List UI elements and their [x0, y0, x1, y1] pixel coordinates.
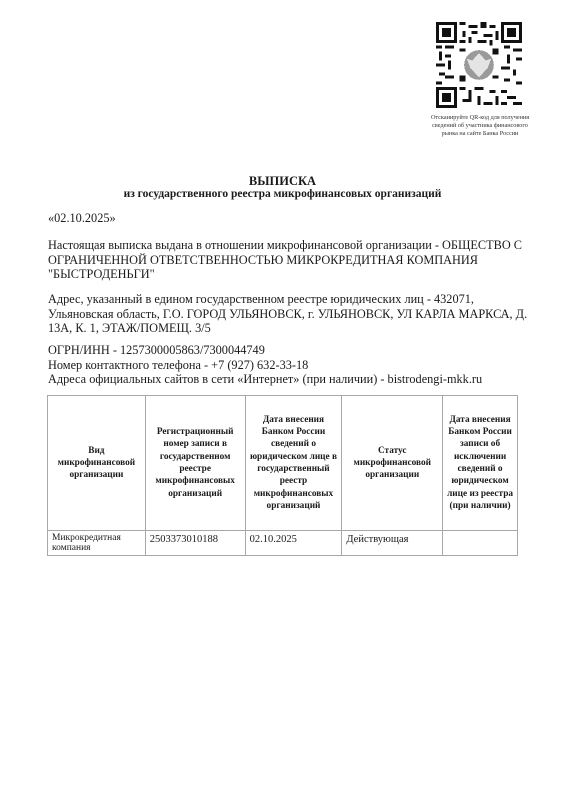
qr-code [436, 22, 522, 108]
cell-org-type: Микрокредитная компания [48, 531, 146, 556]
document-title: ВЫПИСКА [0, 174, 565, 189]
cell-inclusion-date: 02.10.2025 [245, 531, 342, 556]
cell-status: Действующая [342, 531, 443, 556]
issue-date: «02.10.2025» [48, 211, 528, 226]
header-exclusion-date: Дата внесения Банком России записи об ис… [443, 396, 518, 531]
address-paragraph: Адрес, указанный в едином государственно… [48, 292, 528, 336]
registry-table: Вид микрофинансовой организации Регистра… [47, 395, 518, 556]
contact-phone: Номер контактного телефона - +7 (927) 63… [48, 358, 528, 373]
official-websites: Адреса официальных сайтов в сети «Интерн… [48, 372, 528, 387]
cell-exclusion-date [443, 531, 518, 556]
qr-caption: Отсканируйте QR-код для получения сведен… [424, 114, 536, 138]
ogrn-inn: ОГРН/ИНН - 1257300005863/7300044749 [48, 343, 528, 358]
document-subtitle: из государственного реестра микрофинансо… [0, 188, 565, 200]
details-block: ОГРН/ИНН - 1257300005863/7300044749 Номе… [48, 343, 528, 387]
header-org-type: Вид микрофинансовой организации [48, 396, 146, 531]
header-status: Статус микрофинансовой организации [342, 396, 443, 531]
header-inclusion-date: Дата внесения Банком России сведений о ю… [245, 396, 342, 531]
intro-paragraph: Настоящая выписка выдана в отношении мик… [48, 238, 528, 282]
table-header-row: Вид микрофинансовой организации Регистра… [48, 396, 518, 531]
cell-reg-number: 2503373010188 [145, 531, 245, 556]
table-row: Микрокредитная компания 2503373010188 02… [48, 531, 518, 556]
header-reg-number: Регистрационный номер записи в государст… [145, 396, 245, 531]
